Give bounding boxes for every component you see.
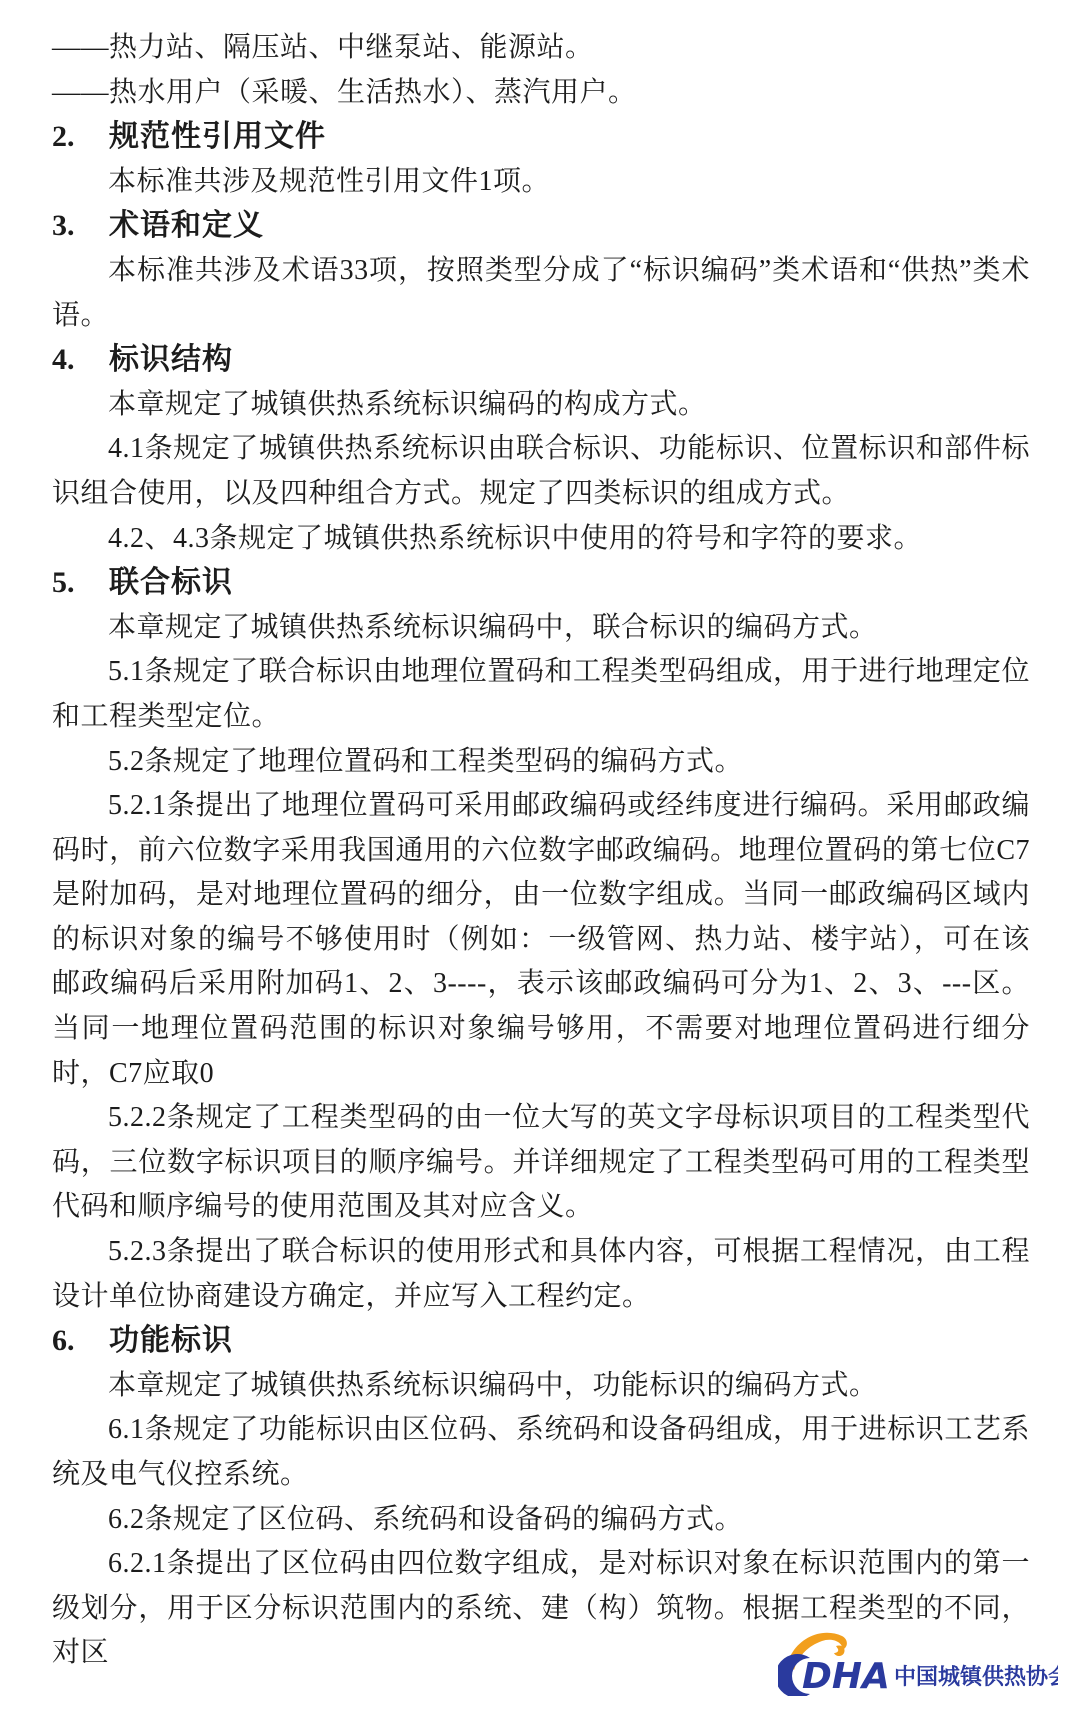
document-page: ——热力站、隔压站、中继泵站、能源站。——热水用户（采暖、生活热水）、蒸汽用户。… <box>0 0 1080 1712</box>
dash-list-item: ——热力站、隔压站、中继泵站、能源站。 <box>52 26 1030 71</box>
paragraph: 本标准共涉及术语33项，按照类型分成了“标识编码”类术语和“供热”类术语。 <box>52 249 1030 338</box>
section-number: 3. <box>52 204 109 249</box>
section-title: 术语和定义 <box>109 208 264 243</box>
section-title: 联合标识 <box>109 565 233 600</box>
association-logo: DHA 中国城镇供热协会 <box>778 1626 1058 1696</box>
section-title: 规范性引用文件 <box>109 119 326 154</box>
paragraph: 5.2.3条提出了联合标识的使用形式和具体内容，可根据工程情况，由工程设计单位协… <box>52 1230 1030 1319</box>
section-heading: 6.功能标识 <box>52 1319 1030 1364</box>
section-number: 6. <box>52 1319 109 1364</box>
paragraph: 4.1条规定了城镇供热系统标识由联合标识、功能标识、位置标识和部件标识组合使用，… <box>52 427 1030 516</box>
section-heading: 5.联合标识 <box>52 561 1030 606</box>
paragraph: 5.2.2条规定了工程类型码的由一位大写的英文字母标识项目的工程类型代码，三位数… <box>52 1096 1030 1230</box>
section-number: 4. <box>52 338 109 383</box>
logo-swoosh-curl-icon <box>834 1645 845 1656</box>
section-heading: 3.术语和定义 <box>52 204 1030 249</box>
paragraph: 本标准共涉及规范性引用文件1项。 <box>52 160 1030 205</box>
section-number: 2. <box>52 115 109 160</box>
dash-list-item: ——热水用户（采暖、生活热水）、蒸汽用户。 <box>52 71 1030 116</box>
document-body: ——热力站、隔压站、中继泵站、能源站。——热水用户（采暖、生活热水）、蒸汽用户。… <box>52 26 1030 1676</box>
paragraph: 5.1条规定了联合标识由地理位置码和工程类型码组成，用于进行地理定位和工程类型定… <box>52 650 1030 739</box>
paragraph: 5.2条规定了地理位置码和工程类型码的编码方式。 <box>52 740 1030 785</box>
paragraph: 6.1条规定了功能标识由区位码、系统码和设备码组成，用于进标识工艺系统及电气仪控… <box>52 1408 1030 1497</box>
paragraph: 5.2.1条提出了地理位置码可采用邮政编码或经纬度进行编码。采用邮政编码时，前六… <box>52 784 1030 1096</box>
section-number: 5. <box>52 561 109 606</box>
section-title: 标识结构 <box>109 342 233 377</box>
association-logo-graphic: DHA 中国城镇供热协会 <box>778 1626 1058 1696</box>
section-heading: 4.标识结构 <box>52 338 1030 383</box>
paragraph: 4.2、4.3条规定了城镇供热系统标识中使用的符号和字符的要求。 <box>52 517 1030 562</box>
logo-acronym: DHA <box>802 1656 890 1696</box>
paragraph: 6.2条规定了区位码、系统码和设备码的编码方式。 <box>52 1498 1030 1543</box>
section-title: 功能标识 <box>109 1323 233 1358</box>
paragraph: 本章规定了城镇供热系统标识编码中，联合标识的编码方式。 <box>52 606 1030 651</box>
paragraph: 本章规定了城镇供热系统标识编码中，功能标识的编码方式。 <box>52 1364 1030 1409</box>
paragraph: 本章规定了城镇供热系统标识编码的构成方式。 <box>52 383 1030 428</box>
section-heading: 2.规范性引用文件 <box>52 115 1030 160</box>
logo-association-name: 中国城镇供热协会 <box>894 1664 1058 1690</box>
